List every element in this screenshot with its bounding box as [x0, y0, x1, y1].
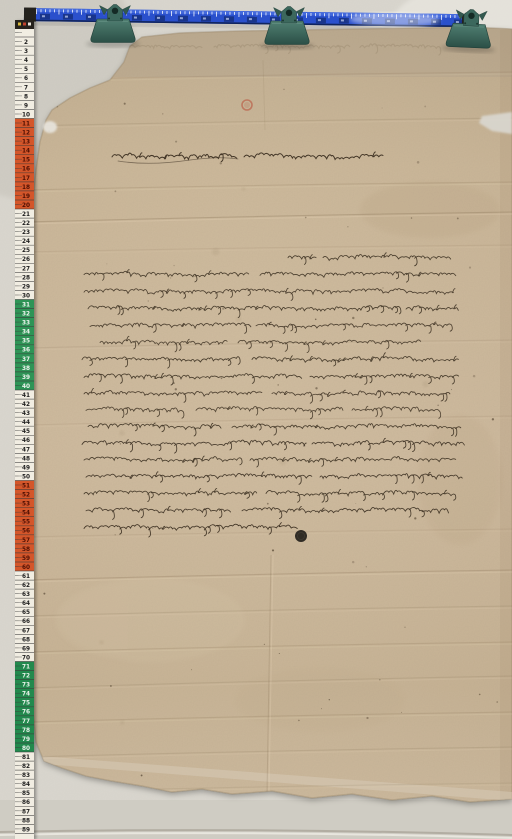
ruler-number: 81	[22, 755, 30, 761]
ruler-number: 27	[22, 266, 30, 272]
ruler-number: 61	[22, 574, 30, 580]
ruler-number: 19	[22, 194, 30, 200]
ruler-number: 29	[22, 284, 30, 290]
ruler-number: 83	[22, 773, 30, 779]
ruler-number: 44	[22, 420, 30, 426]
ruler-number: 88	[22, 818, 30, 824]
ruler-number: 21	[22, 212, 30, 218]
ruler-number: 57	[22, 538, 30, 544]
ruler-body: 2345678910111213141516171819202122232425…	[15, 20, 34, 839]
scene-svg: 2345678910111213141516171819202122232425…	[0, 0, 512, 839]
ruler-number: 86	[22, 800, 30, 806]
ruler-number: 48	[22, 456, 30, 462]
ruler-number: 73	[22, 683, 30, 689]
ruler-number: 84	[22, 782, 30, 788]
ruler-number: 65	[22, 610, 30, 616]
ruler-number: 82	[22, 764, 30, 770]
ruler-number: 3	[24, 49, 28, 55]
ruler-number: 18	[22, 185, 30, 191]
ruler-number: 55	[22, 520, 30, 526]
ruler-number: 36	[22, 348, 30, 354]
ruler-number: 32	[22, 312, 30, 318]
ruler-number: 6	[24, 76, 28, 82]
ruler-number: 2	[24, 40, 28, 46]
tape-end-cap-left	[24, 8, 36, 22]
ruler-number: 85	[22, 791, 30, 797]
photograph: 2345678910111213141516171819202122232425…	[0, 0, 512, 839]
ruler-number: 68	[22, 637, 30, 643]
ruler-number: 20	[22, 203, 30, 209]
ruler-number: 35	[22, 339, 30, 345]
clip-hole	[286, 10, 292, 16]
ruler-number: 49	[22, 465, 30, 471]
ruler-number: 22	[22, 221, 30, 227]
tear-patch-left	[43, 121, 57, 133]
ruler-number: 56	[22, 529, 30, 535]
ruler-number: 62	[22, 583, 30, 589]
ruler-number: 89	[22, 827, 30, 833]
ruler-number: 34	[22, 330, 30, 336]
ruler-number: 11	[22, 122, 30, 128]
ruler-number: 51	[22, 483, 30, 489]
ruler-number: 7	[24, 85, 28, 91]
ruler-number: 66	[22, 619, 30, 625]
ruler-number: 43	[22, 411, 30, 417]
ruler-number: 46	[22, 438, 30, 444]
clip-plate	[265, 21, 309, 45]
ruler-number: 38	[22, 366, 30, 372]
clip-plate	[91, 19, 135, 43]
ruler-number: 70	[22, 655, 30, 661]
ruler-number: 64	[22, 601, 30, 607]
ruler-number: 9	[24, 103, 28, 109]
ruler-number: 79	[22, 737, 30, 743]
ruler-number: 52	[22, 493, 30, 499]
ruler-number: 12	[22, 131, 30, 137]
ruler-number: 77	[22, 719, 30, 725]
ruler-number: 40	[22, 384, 30, 390]
ruler-number: 25	[22, 248, 30, 254]
ruler-number: 47	[22, 447, 30, 453]
ruler-number: 15	[22, 158, 30, 164]
ruler-number: 63	[22, 592, 30, 598]
ruler-number: 60	[22, 565, 30, 571]
ruler-number: 58	[22, 547, 30, 553]
ruler-number: 23	[22, 230, 30, 236]
ruler-number: 4	[24, 58, 28, 64]
ruler-number: 13	[22, 140, 30, 146]
ruler-number: 78	[22, 728, 30, 734]
ruler-number: 33	[22, 321, 30, 327]
ruler-number: 24	[22, 239, 30, 245]
ruler-number: 41	[22, 393, 30, 399]
ruler-number: 10	[22, 112, 30, 118]
ruler-number: 31	[22, 302, 30, 308]
ruler-number: 39	[22, 375, 30, 381]
ruler-number: 71	[22, 665, 30, 671]
ruler-number: 69	[22, 646, 30, 652]
ruler-number: 72	[22, 674, 30, 680]
ruler-number: 80	[22, 746, 30, 752]
ruler-number: 74	[22, 692, 30, 698]
ruler-number: 53	[22, 502, 30, 508]
ruler-number: 75	[22, 701, 30, 707]
ruler-number: 28	[22, 275, 30, 281]
ruler-number: 45	[22, 429, 30, 435]
black-ink-seal	[295, 530, 307, 542]
ruler-number: 26	[22, 257, 30, 263]
ruler-number: 16	[22, 167, 30, 173]
ruler-number: 50	[22, 474, 30, 480]
ruler-number: 54	[22, 511, 30, 517]
ruler-number: 42	[22, 402, 30, 408]
ruler-number: 37	[22, 357, 30, 363]
vertical-ruler: 2345678910111213141516171819202122232425…	[15, 20, 34, 839]
ruler-number: 5	[24, 67, 28, 73]
ruler-number: 17	[22, 176, 30, 182]
ruler-number: 59	[22, 556, 30, 562]
manuscript-paper	[0, 0, 512, 839]
ruler-number: 87	[22, 809, 30, 815]
ruler-number: 67	[22, 628, 30, 634]
ruler-number: 30	[22, 293, 30, 299]
ruler-number: 14	[22, 149, 30, 155]
clip-hole	[112, 8, 118, 14]
ruler-number: 8	[24, 94, 28, 100]
ruler-number: 76	[22, 710, 30, 716]
